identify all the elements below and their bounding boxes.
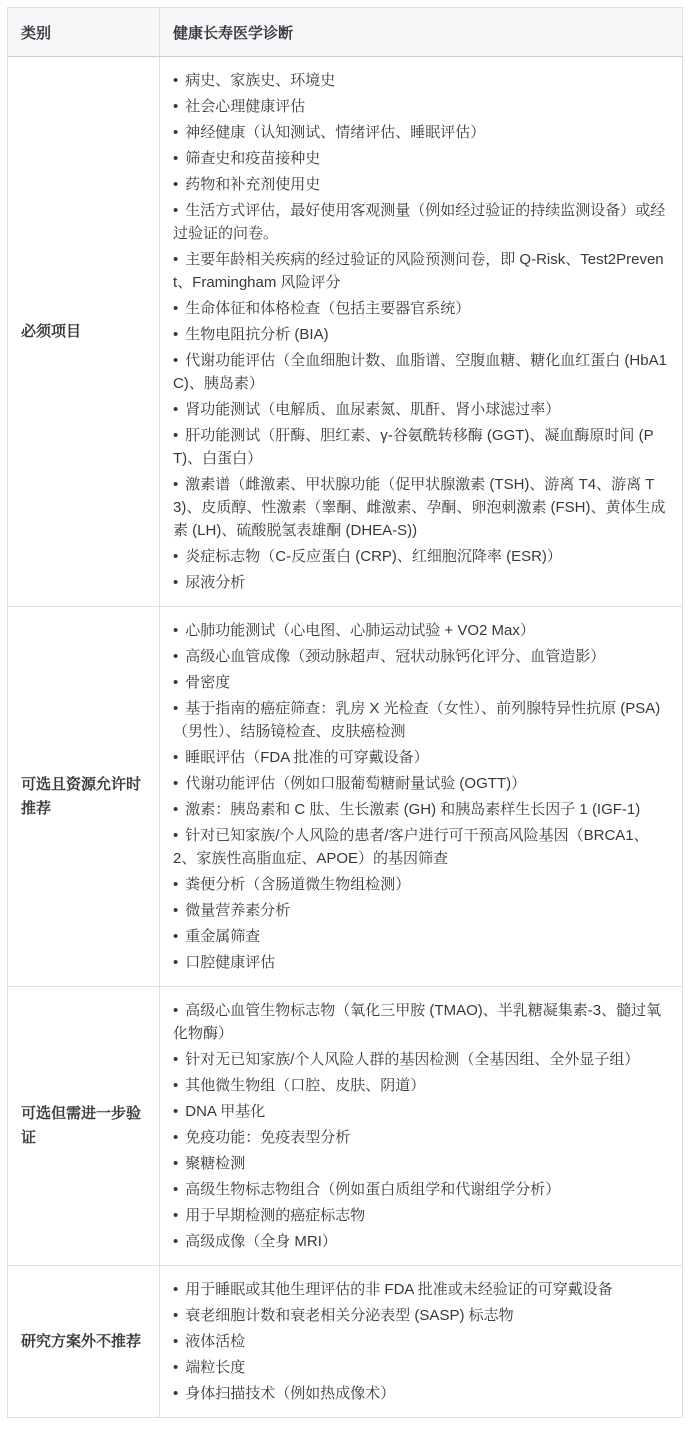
bullet-icon: •	[173, 1385, 178, 1402]
list-item: •端粒长度	[173, 1356, 670, 1379]
list-item: •激素：胰岛素和 C 肽、生长激素 (GH) 和胰岛素样生长因子 1 (IGF-…	[173, 798, 670, 821]
bullet-icon: •	[173, 574, 178, 591]
bullet-icon: •	[173, 648, 178, 665]
page: 类别 健康长寿医学诊断 必须项目 •病史、家族史、环境史•社会心理健康评估•神经…	[0, 0, 690, 1425]
items-cell: •用于睡眠或其他生理评估的非 FDA 批准或未经验证的可穿戴设备•衰老细胞计数和…	[160, 1266, 683, 1418]
list-item-text: 病史、家族史、环境史	[185, 72, 335, 89]
bullet-icon: •	[173, 1155, 178, 1172]
table-body: 必须项目 •病史、家族史、环境史•社会心理健康评估•神经健康（认知测试、情绪评估…	[8, 57, 683, 1418]
list-item-text: 睡眠评估（FDA 批准的可穿戴设备）	[185, 749, 428, 766]
list-item-text: 微量营养素分析	[185, 902, 290, 919]
list-item-text: 代谢功能评估（例如口服葡萄糖耐量试验 (OGTT)）	[185, 775, 526, 792]
list-item: •DNA 甲基化	[173, 1100, 670, 1123]
item-list: •用于睡眠或其他生理评估的非 FDA 批准或未经验证的可穿戴设备•衰老细胞计数和…	[173, 1278, 670, 1405]
list-item: •针对已知家族/个人风险的患者/客户进行可干预高风险基因（BRCA1、2、家族性…	[173, 824, 670, 870]
list-item-text: 免疫功能：免疫表型分析	[185, 1129, 350, 1146]
list-item-text: 尿液分析	[185, 574, 245, 591]
bullet-icon: •	[173, 775, 178, 792]
list-item: •免疫功能：免疫表型分析	[173, 1126, 670, 1149]
list-item-text: 身体扫描技术（例如热成像术）	[185, 1385, 395, 1402]
items-cell: •高级心血管生物标志物（氧化三甲胺 (TMAO)、半乳糖凝集素-3、髓过氧化物酶…	[160, 987, 683, 1266]
bullet-icon: •	[173, 954, 178, 971]
bullet-icon: •	[173, 1281, 178, 1298]
bullet-icon: •	[173, 352, 178, 369]
bullet-icon: •	[173, 801, 178, 818]
list-item: •激素谱（雌激素、甲状腺功能（促甲状腺激素 (TSH)、游离 T4、游离 T3)…	[173, 473, 670, 542]
list-item: •代谢功能评估（全血细胞计数、血脂谱、空腹血糖、糖化血红蛋白 (HbA1C)、胰…	[173, 349, 670, 395]
bullet-icon: •	[173, 202, 178, 219]
table-row: 研究方案外不推荐 •用于睡眠或其他生理评估的非 FDA 批准或未经验证的可穿戴设…	[8, 1266, 683, 1418]
category-cell: 必须项目	[8, 57, 160, 607]
list-item: •代谢功能评估（例如口服葡萄糖耐量试验 (OGTT)）	[173, 772, 670, 795]
list-item-text: 高级心血管生物标志物（氧化三甲胺 (TMAO)、半乳糖凝集素-3、髓过氧化物酶）	[173, 1002, 661, 1042]
bullet-icon: •	[173, 1129, 178, 1146]
list-item-text: 其他微生物组（口腔、皮肤、阴道）	[185, 1077, 425, 1094]
list-item: •用于早期检测的癌症标志物	[173, 1204, 670, 1227]
list-item-text: 高级生物标志物组合（例如蛋白质组学和代谢组学分析）	[185, 1181, 560, 1198]
bullet-icon: •	[173, 476, 178, 493]
bullet-icon: •	[173, 1181, 178, 1198]
list-item: •社会心理健康评估	[173, 95, 670, 118]
list-item-text: 生物电阻抗分析 (BIA)	[185, 326, 328, 343]
list-item: •神经健康（认知测试、情绪评估、睡眠评估）	[173, 121, 670, 144]
bullet-icon: •	[173, 251, 178, 268]
list-item: •其他微生物组（口腔、皮肤、阴道）	[173, 1074, 670, 1097]
list-item-text: 用于睡眠或其他生理评估的非 FDA 批准或未经验证的可穿戴设备	[185, 1281, 613, 1298]
list-item: •炎症标志物（C-反应蛋白 (CRP)、红细胞沉降率 (ESR)）	[173, 545, 670, 568]
bullet-icon: •	[173, 1051, 178, 1068]
list-item-text: 衰老细胞计数和衰老相关分泌表型 (SASP) 标志物	[185, 1307, 513, 1324]
list-item: •生活方式评估，最好使用客观测量（例如经过验证的持续监测设备）或经过验证的问卷。	[173, 199, 670, 245]
list-item-text: 基于指南的癌症筛查：乳房 X 光检查（女性）、前列腺特异性抗原 (PSA)（男性…	[173, 700, 660, 740]
bullet-icon: •	[173, 902, 178, 919]
list-item-text: 用于早期检测的癌症标志物	[185, 1207, 365, 1224]
bullet-icon: •	[173, 622, 178, 639]
list-item: •针对无已知家族/个人风险人群的基因检测（全基因组、全外显子组）	[173, 1048, 670, 1071]
diagnosis-table: 类别 健康长寿医学诊断 必须项目 •病史、家族史、环境史•社会心理健康评估•神经…	[7, 7, 683, 1418]
bullet-icon: •	[173, 176, 178, 193]
list-item: •主要年龄相关疾病的经过验证的风险预测问卷，即 Q-Risk、Test2Prev…	[173, 248, 670, 294]
list-item-text: 激素谱（雌激素、甲状腺功能（促甲状腺激素 (TSH)、游离 T4、游离 T3)、…	[173, 476, 666, 539]
list-item-text: 重金属筛查	[185, 928, 260, 945]
bullet-icon: •	[173, 326, 178, 343]
bullet-icon: •	[173, 1077, 178, 1094]
list-item: •高级心血管成像（颈动脉超声、冠状动脉钙化评分、血管造影）	[173, 645, 670, 668]
list-item-text: 激素：胰岛素和 C 肽、生长激素 (GH) 和胰岛素样生长因子 1 (IGF-1…	[185, 801, 640, 818]
table-row: 可选但需进一步验证 •高级心血管生物标志物（氧化三甲胺 (TMAO)、半乳糖凝集…	[8, 987, 683, 1266]
list-item: •口腔健康评估	[173, 951, 670, 974]
list-item: •筛查史和疫苗接种史	[173, 147, 670, 170]
list-item-text: 针对无已知家族/个人风险人群的基因检测（全基因组、全外显子组）	[185, 1051, 639, 1068]
list-item-text: 生活方式评估，最好使用客观测量（例如经过验证的持续监测设备）或经过验证的问卷。	[173, 202, 665, 242]
list-item-text: 端粒长度	[185, 1359, 245, 1376]
bullet-icon: •	[173, 72, 178, 89]
bullet-icon: •	[173, 876, 178, 893]
bullet-icon: •	[173, 300, 178, 317]
bullet-icon: •	[173, 1207, 178, 1224]
list-item-text: 神经健康（认知测试、情绪评估、睡眠评估）	[185, 124, 485, 141]
list-item: •高级心血管生物标志物（氧化三甲胺 (TMAO)、半乳糖凝集素-3、髓过氧化物酶…	[173, 999, 670, 1045]
list-item-text: 骨密度	[185, 674, 230, 691]
list-item: •用于睡眠或其他生理评估的非 FDA 批准或未经验证的可穿戴设备	[173, 1278, 670, 1301]
bullet-icon: •	[173, 98, 178, 115]
bullet-icon: •	[173, 700, 178, 717]
category-cell: 可选但需进一步验证	[8, 987, 160, 1266]
item-list: •心肺功能测试（心电图、心肺运动试验 + VO2 Max）•高级心血管成像（颈动…	[173, 619, 670, 974]
list-item: •重金属筛查	[173, 925, 670, 948]
bullet-icon: •	[173, 150, 178, 167]
category-cell: 研究方案外不推荐	[8, 1266, 160, 1418]
list-item: •身体扫描技术（例如热成像术）	[173, 1382, 670, 1405]
items-cell: •心肺功能测试（心电图、心肺运动试验 + VO2 Max）•高级心血管成像（颈动…	[160, 607, 683, 987]
list-item-text: 心肺功能测试（心电图、心肺运动试验 + VO2 Max）	[185, 622, 535, 639]
list-item-text: 液体活检	[185, 1333, 245, 1350]
items-cell: •病史、家族史、环境史•社会心理健康评估•神经健康（认知测试、情绪评估、睡眠评估…	[160, 57, 683, 607]
bullet-icon: •	[173, 1103, 178, 1120]
list-item-text: 高级成像（全身 MRI）	[185, 1233, 337, 1250]
list-item: •睡眠评估（FDA 批准的可穿戴设备）	[173, 746, 670, 769]
list-item: •粪便分析（含肠道微生物组检测）	[173, 873, 670, 896]
bullet-icon: •	[173, 1002, 178, 1019]
list-item-text: DNA 甲基化	[185, 1103, 265, 1120]
list-item-text: 代谢功能评估（全血细胞计数、血脂谱、空腹血糖、糖化血红蛋白 (HbA1C)、胰岛…	[173, 352, 667, 392]
table-row: 可选且资源允许时推荐 •心肺功能测试（心电图、心肺运动试验 + VO2 Max）…	[8, 607, 683, 987]
list-item: •衰老细胞计数和衰老相关分泌表型 (SASP) 标志物	[173, 1304, 670, 1327]
list-item-text: 肾功能测试（电解质、血尿素氮、肌酐、肾小球滤过率）	[185, 401, 560, 418]
list-item-text: 针对已知家族/个人风险的患者/客户进行可干预高风险基因（BRCA1、2、家族性高…	[173, 827, 649, 867]
header-diagnosis: 健康长寿医学诊断	[160, 8, 683, 57]
list-item: •基于指南的癌症筛查：乳房 X 光检查（女性）、前列腺特异性抗原 (PSA)（男…	[173, 697, 670, 743]
list-item: •聚糖检测	[173, 1152, 670, 1175]
list-item: •肾功能测试（电解质、血尿素氮、肌酐、肾小球滤过率）	[173, 398, 670, 421]
bullet-icon: •	[173, 827, 178, 844]
list-item-text: 社会心理健康评估	[185, 98, 305, 115]
table-row: 必须项目 •病史、家族史、环境史•社会心理健康评估•神经健康（认知测试、情绪评估…	[8, 57, 683, 607]
list-item-text: 主要年龄相关疾病的经过验证的风险预测问卷，即 Q-Risk、Test2Preve…	[173, 251, 664, 291]
list-item-text: 生命体征和体格检查（包括主要器官系统）	[185, 300, 470, 317]
bullet-icon: •	[173, 674, 178, 691]
list-item: •病史、家族史、环境史	[173, 69, 670, 92]
list-item: •骨密度	[173, 671, 670, 694]
list-item-text: 炎症标志物（C-反应蛋白 (CRP)、红细胞沉降率 (ESR)）	[185, 548, 562, 565]
list-item: •微量营养素分析	[173, 899, 670, 922]
list-item: •生命体征和体格检查（包括主要器官系统）	[173, 297, 670, 320]
list-item-text: 聚糖检测	[185, 1155, 245, 1172]
list-item-text: 口腔健康评估	[185, 954, 275, 971]
bullet-icon: •	[173, 401, 178, 418]
bullet-icon: •	[173, 548, 178, 565]
item-list: •病史、家族史、环境史•社会心理健康评估•神经健康（认知测试、情绪评估、睡眠评估…	[173, 69, 670, 594]
list-item: •生物电阻抗分析 (BIA)	[173, 323, 670, 346]
bullet-icon: •	[173, 1233, 178, 1250]
bullet-icon: •	[173, 1359, 178, 1376]
bullet-icon: •	[173, 1333, 178, 1350]
list-item-text: 筛查史和疫苗接种史	[185, 150, 320, 167]
bullet-icon: •	[173, 427, 178, 444]
bullet-icon: •	[173, 1307, 178, 1324]
header-category: 类别	[8, 8, 160, 57]
list-item: •药物和补充剂使用史	[173, 173, 670, 196]
list-item-text: 粪便分析（含肠道微生物组检测）	[185, 876, 410, 893]
list-item: •心肺功能测试（心电图、心肺运动试验 + VO2 Max）	[173, 619, 670, 642]
bullet-icon: •	[173, 928, 178, 945]
bullet-icon: •	[173, 124, 178, 141]
category-cell: 可选且资源允许时推荐	[8, 607, 160, 987]
list-item: •液体活检	[173, 1330, 670, 1353]
item-list: •高级心血管生物标志物（氧化三甲胺 (TMAO)、半乳糖凝集素-3、髓过氧化物酶…	[173, 999, 670, 1253]
header-row: 类别 健康长寿医学诊断	[8, 8, 683, 57]
list-item: •高级成像（全身 MRI）	[173, 1230, 670, 1253]
list-item: •高级生物标志物组合（例如蛋白质组学和代谢组学分析）	[173, 1178, 670, 1201]
list-item-text: 高级心血管成像（颈动脉超声、冠状动脉钙化评分、血管造影）	[185, 648, 605, 665]
list-item-text: 肝功能测试（肝酶、胆红素、γ-谷氨酰转移酶 (GGT)、凝血酶原时间 (PT)、…	[173, 427, 654, 467]
list-item: •尿液分析	[173, 571, 670, 594]
bullet-icon: •	[173, 749, 178, 766]
list-item: •肝功能测试（肝酶、胆红素、γ-谷氨酰转移酶 (GGT)、凝血酶原时间 (PT)…	[173, 424, 670, 470]
list-item-text: 药物和补充剂使用史	[185, 176, 320, 193]
